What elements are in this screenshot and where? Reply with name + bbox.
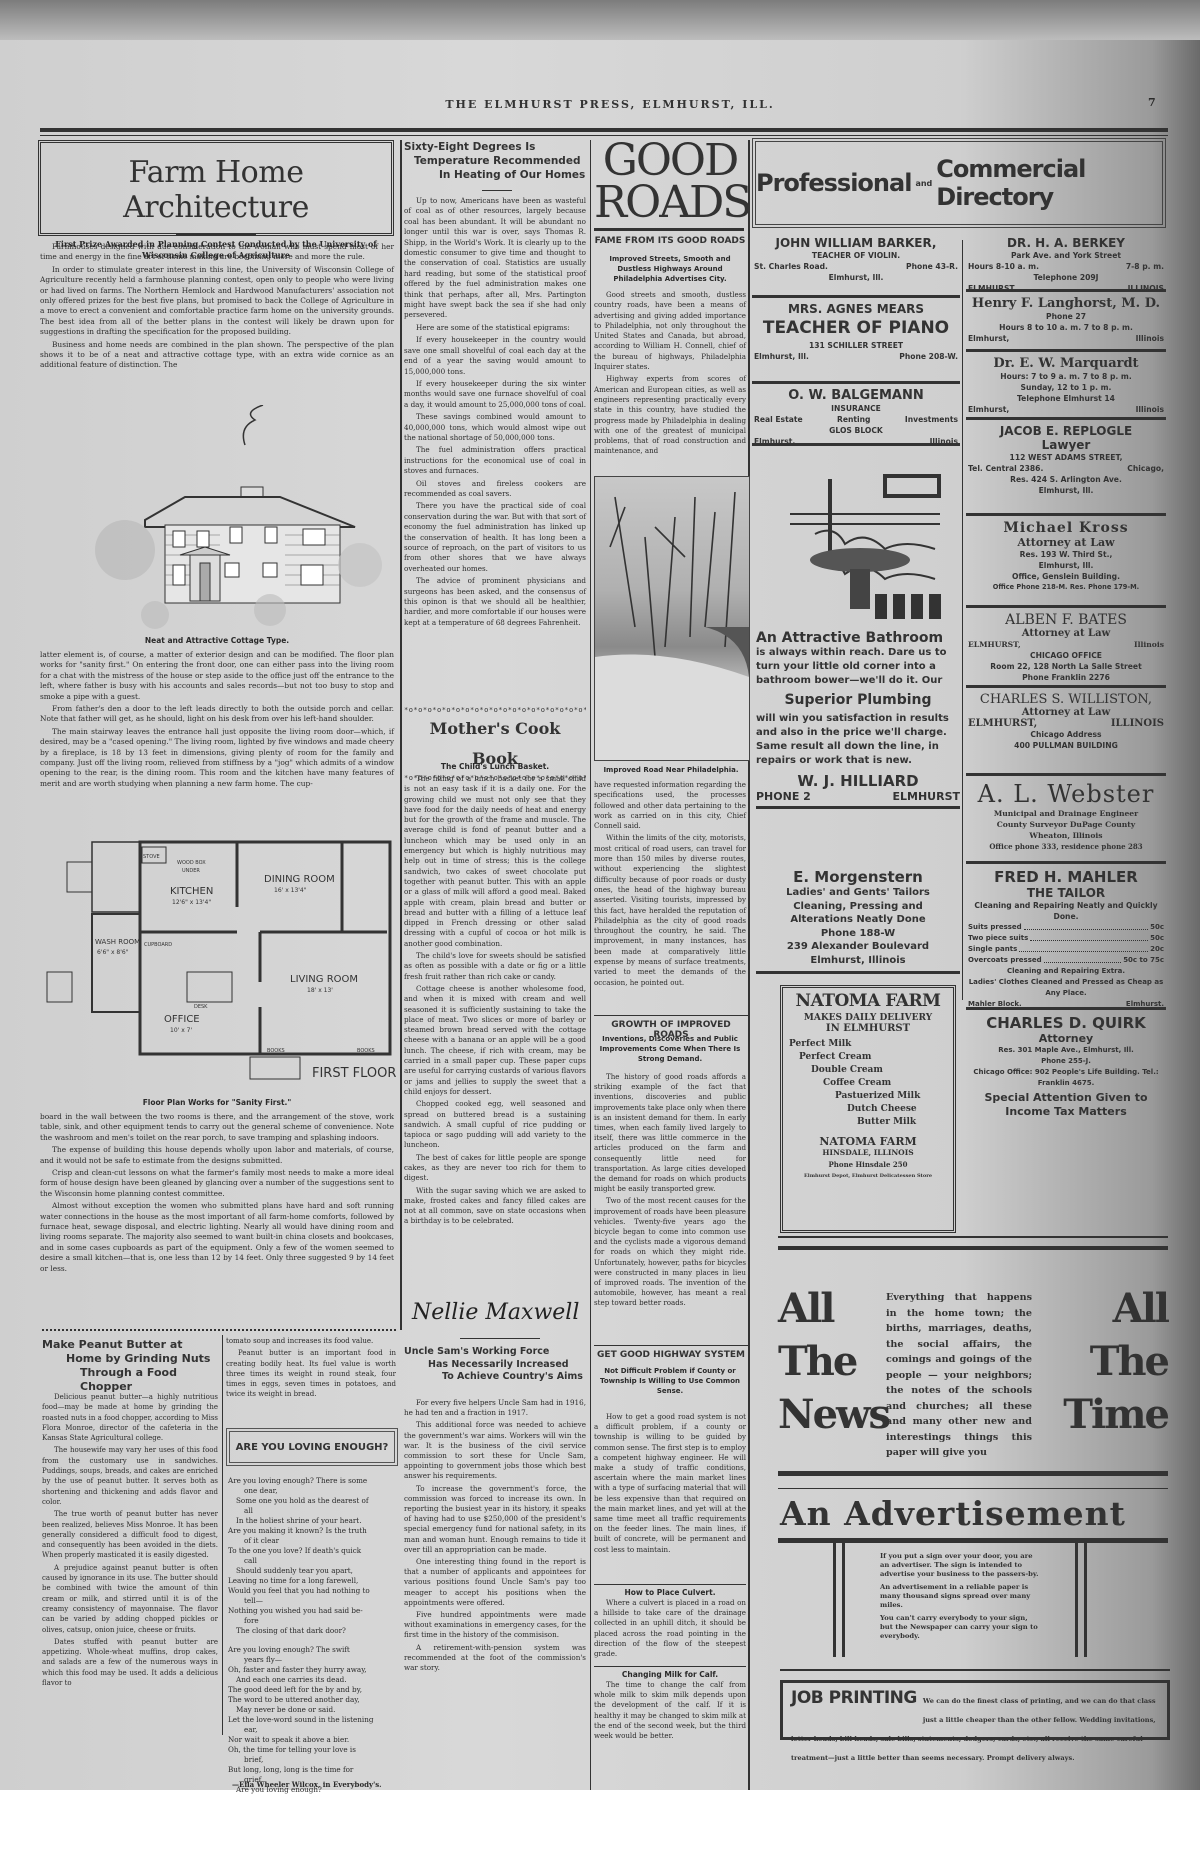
poem-line: Let the love-word sound in the listening [228,1715,398,1725]
directory-entry-quirk: CHARLES D. QUIRK Attorney Res. 301 Maple… [966,1010,1166,1130]
svg-text:12'6" x 13'4": 12'6" x 13'4" [172,899,211,906]
paragraph: In order to stimulate greater interest i… [40,265,394,338]
farm-home-middle: latter element is, of course, a matter o… [40,650,394,791]
poem-title: ARE YOU LOVING ENOUGH? [236,1442,389,1453]
directory-entry-replogle: JACOB E. REPLOGLE Lawyer 112 WEST ADAMS … [966,420,1166,516]
masthead: THE ELMHURST PRESS, ELMHURST, ILL. [330,98,890,111]
poem-line: In the holiest shrine of your heart. [228,1516,398,1526]
poem-line: Some one you hold as the dearest of [228,1496,398,1506]
culvert-headline: How to Place Culvert. [594,1584,746,1597]
directory-entry-webster: A. L. Webster Municipal and Drainage Eng… [966,776,1166,864]
poem-body: Are you loving enough? There is someone … [228,1476,398,1795]
growth-deck: Inventions, Discoveries and Public Impro… [594,1034,746,1064]
good-roads-headline: FAME FROM ITS GOOD ROADS [594,236,746,246]
masthead-rule [40,128,1168,132]
star-border-top: *o*o*o*o*o*o*o*o*o*o*o*o*o*o*o*o*o*o*o*o… [404,706,586,714]
floor-plan-room-wash: WASH ROOM [95,938,140,946]
svg-text:BOOKS: BOOKS [267,1048,285,1054]
directory-entry-balgemann: O. W. BALGEMANN INSURANCE Real EstateRen… [752,384,960,446]
paragraph: The expense of building this house depen… [40,1145,394,1166]
ad-pillar-right [1075,1543,1087,1657]
advertisement-body: If you put a sign over your door, you ar… [880,1552,1042,1641]
paragraph: The main stairway leaves the entrance ha… [40,727,394,789]
poem-line: one dear, [228,1486,398,1496]
bathroom-ad: An Attractive Bathroom is always within … [756,630,960,809]
floor-plan-room-dining: DINING ROOM [264,874,335,885]
directory-entry-marquardt: Dr. E. W. Marquardt Hours: 7 to 9 a. m. … [966,352,1166,420]
directory-entry-mears: MRS. AGNES MEARS TEACHER OF PIANO 131 SC… [752,298,960,384]
poem-line: The closing of that dark door? [228,1626,398,1636]
floor-plan-room-living: LIVING ROOM [290,974,358,985]
column-divider [400,140,402,1330]
cookbook-signature: Nellie Maxwell [412,1300,582,1325]
poem-line: To the one you love? If death's quick [228,1546,398,1556]
directory-entry-berkey: DR. H. A. BERKEY Park Ave. and York Stre… [966,232,1166,292]
newspaper-page: THE ELMHURST PRESS, ELMHURST, ILL. 7 Far… [0,0,1200,1790]
poem-line: Would you feel that you had nothing to [228,1586,398,1596]
svg-text:BOOKS: BOOKS [357,1048,375,1054]
floor-plan-room-office: OFFICE [164,1014,200,1025]
poem-line: fore [228,1616,398,1626]
poem-line: call [228,1556,398,1566]
poem-line: brief, [228,1755,398,1765]
wavy-rule [42,1326,396,1331]
poem-line: tell— [228,1596,398,1606]
svg-text:18' x 13': 18' x 13' [307,987,333,994]
poem-line: Are you making it known? Is the truth [228,1526,398,1536]
poem-attribution: —Ella Wheeler Wilcox, in Everybody's. [232,1780,402,1789]
poem-line: years fly— [228,1655,398,1665]
poem-line: all [228,1506,398,1516]
highway-headline: GET GOOD HIGHWAY SYSTEM [594,1345,748,1360]
directory-entry-bates: ALBEN F. BATES Attorney at Law ELMHURST,… [966,608,1166,688]
svg-text:16' x 13'4": 16' x 13'4" [274,887,307,894]
cookbook-header: *o*o*o*o*o*o*o*o*o*o*o*o*o*o*o*o*o*o*o*o… [404,706,586,758]
floor-plan-room-kitchen: KITCHEN [170,886,213,897]
growth-body: The history of good roads affords a stri… [594,1072,746,1311]
cookbook-body: The filling of a lunch basket for a smal… [404,774,586,1229]
hilliard-name: W. J. HILLIARD [756,772,960,790]
poem-line: Oh, the time for telling your love is [228,1745,398,1755]
poem-line: May never be done or said. [228,1705,398,1715]
cottage-illustration [45,405,390,630]
poem-line: Are you loving enough? The swift [228,1645,398,1655]
svg-text:6'6" x 8'6": 6'6" x 8'6" [97,949,129,956]
natoma-farm-ad: NATOMA FARM MAKES DAILY DELIVERY IN ELMH… [780,985,956,1233]
bathroom-headline: An Attractive Bathroom [756,630,960,646]
farm-home-end: board in the wall between the two rooms … [40,1112,394,1276]
svg-text:10' x 7': 10' x 7' [170,1027,192,1034]
good-roads-deck: Improved Streets, Smooth and Dustless Hi… [594,254,746,284]
directory-title-left: Professional [756,169,911,197]
floor-plan-diagram: STOVE WOOD BOXUNDER CUPBOARD DESK BOOKSB… [42,832,398,1082]
poem-line: But long, long, long is the time for [228,1765,398,1775]
highway-deck: Not Difficult Problem if County or Towns… [594,1366,746,1396]
poem-line [228,1636,398,1645]
directory-right-column: DR. H. A. BERKEY Park Ave. and York Stre… [966,232,1166,1130]
cookbook-subtitle: The Child's Lunch Basket. [404,762,586,771]
paragraph: From father's den a door to the left lea… [40,704,394,725]
column-divider [590,140,591,1790]
news-ad-text: Everything that happens in the home town… [886,1290,1032,1461]
job-printing-title: JOB PRINTING [791,1688,917,1708]
floor-plan-title: FIRST FLOOR PLAN [312,1066,398,1081]
directory-left-column: JOHN WILLIAM BARKER, TEACHER OF VIOLIN. … [752,232,960,446]
uncle-sam-body: For every five helpers Uncle Sam had in … [404,1398,586,1675]
poem-line: Nothing you wished you had said be- [228,1606,398,1616]
svg-text:CUPBOARD: CUPBOARD [144,942,172,948]
paragraph: Farmhouses designed with due considerati… [40,242,394,263]
directory-entry-langhorst: Henry F. Langhorst, M. D. Phone 27 Hours… [966,292,1166,352]
poem-line: Nor wait to speak it above a bier. [228,1735,398,1745]
advertisement-title: An Advertisement [780,1494,1170,1533]
poem-line: ear, [228,1725,398,1735]
coal-body: Up to now, Americans have been as wastef… [404,196,586,630]
poem-line: Should suddenly tear you apart, [228,1566,398,1576]
floor-plan-caption: Floor Plan Works for "Sanity First." [40,1098,394,1107]
poem-line: The word to be uttered another day, [228,1695,398,1705]
calf-body: The time to change the calf from whole m… [594,1680,746,1743]
all-the-news: AllTheNews [778,1282,868,1441]
calf-headline: Changing Milk for Calf. [594,1666,746,1679]
farm-home-title: Farm Home Architecture [41,155,391,225]
bathroom-illustration [785,474,943,624]
directory-entry-mahler: FRED H. MAHLER THE TAILOR Cleaning and R… [966,864,1166,1010]
directory-entry-barker: JOHN WILLIAM BARKER, TEACHER OF VIOLIN. … [752,232,960,298]
coal-headline: Sixty-Eight Degrees Is Temperature Recom… [404,140,588,182]
directory-title-right: Commercial Directory [936,155,1162,211]
all-the-time: AllTheTime [1062,1282,1168,1441]
poem-line: And each one carries its dead. [228,1675,398,1685]
peanut-continued: tomato soup and increases its food value… [226,1336,396,1402]
svg-text:UNDER: UNDER [182,868,200,874]
peanut-headline: Make Peanut Butter at Home by Grinding N… [42,1338,220,1394]
road-photo [594,476,750,761]
svg-text:DESK: DESK [194,1004,208,1010]
road-photo-caption: Improved Road Near Philadelphia. [594,766,748,774]
poem-line: of it clear [228,1536,398,1546]
column-divider [748,140,750,1790]
poem-line: Oh, faster and faster they hurry away, [228,1665,398,1675]
natoma-products: Perfect Milk Perfect Cream Double Cream … [789,1038,947,1129]
uncle-sam-headline: Uncle Sam's Working Force Has Necessaril… [404,1346,588,1384]
good-roads-body: Good streets and smooth, dustless countr… [594,290,746,459]
floor-plan-label: STOVE [143,854,160,860]
poem-title-box: ARE YOU LOVING ENOUGH? [226,1428,398,1466]
paragraph: Almost without exception the women who s… [40,1201,394,1274]
paragraph: Crisp and clean-cut lessons on what the … [40,1168,394,1199]
paragraph: latter element is, of course, a matter o… [40,650,394,702]
ad-pillar-left [833,1543,845,1657]
peanut-body: Delicious peanut butter—a highly nutriti… [42,1392,218,1690]
good-roads-banner: GOOD ROADS [594,140,746,224]
poem-line: Are you loving enough? There is some [228,1476,398,1486]
job-printing-ad: JOB PRINTING We can do the finest class … [780,1680,1170,1740]
directory-header: Professional and Commercial Directory [752,138,1166,228]
paragraph: Business and home needs are combined in … [40,340,394,371]
column-divider [222,1335,223,1735]
svg-text:WOOD BOX: WOOD BOX [177,860,206,866]
farm-home-header-box: Farm Home Architecture First Prize Award… [38,140,394,236]
culvert-body: Where a culvert is placed in a road on a… [594,1598,746,1661]
poem-line: Leaving no time for a long farewell, [228,1576,398,1586]
farm-home-intro: Farmhouses designed with due considerati… [40,242,394,373]
directory-entry-williston: CHARLES S. WILLISTON, Attorney at Law EL… [966,688,1166,776]
paragraph: board in the wall between the two rooms … [40,1112,394,1143]
cottage-caption: Neat and Attractive Cottage Type. [40,636,394,645]
good-roads-after: have requested information regarding the… [594,780,746,990]
highway-body: How to get a good road system is not a d… [594,1412,746,1557]
page-number: 7 [1148,96,1156,109]
directory-entry-kross: Michael Kross Attorney at Law Res. 193 W… [966,516,1166,608]
poem-line: The good deed left for the by and by, [228,1685,398,1695]
directory-entry-morgenstern: E. Morgenstern Ladies' and Gents' Tailor… [756,868,960,974]
column-divider [962,240,963,1000]
